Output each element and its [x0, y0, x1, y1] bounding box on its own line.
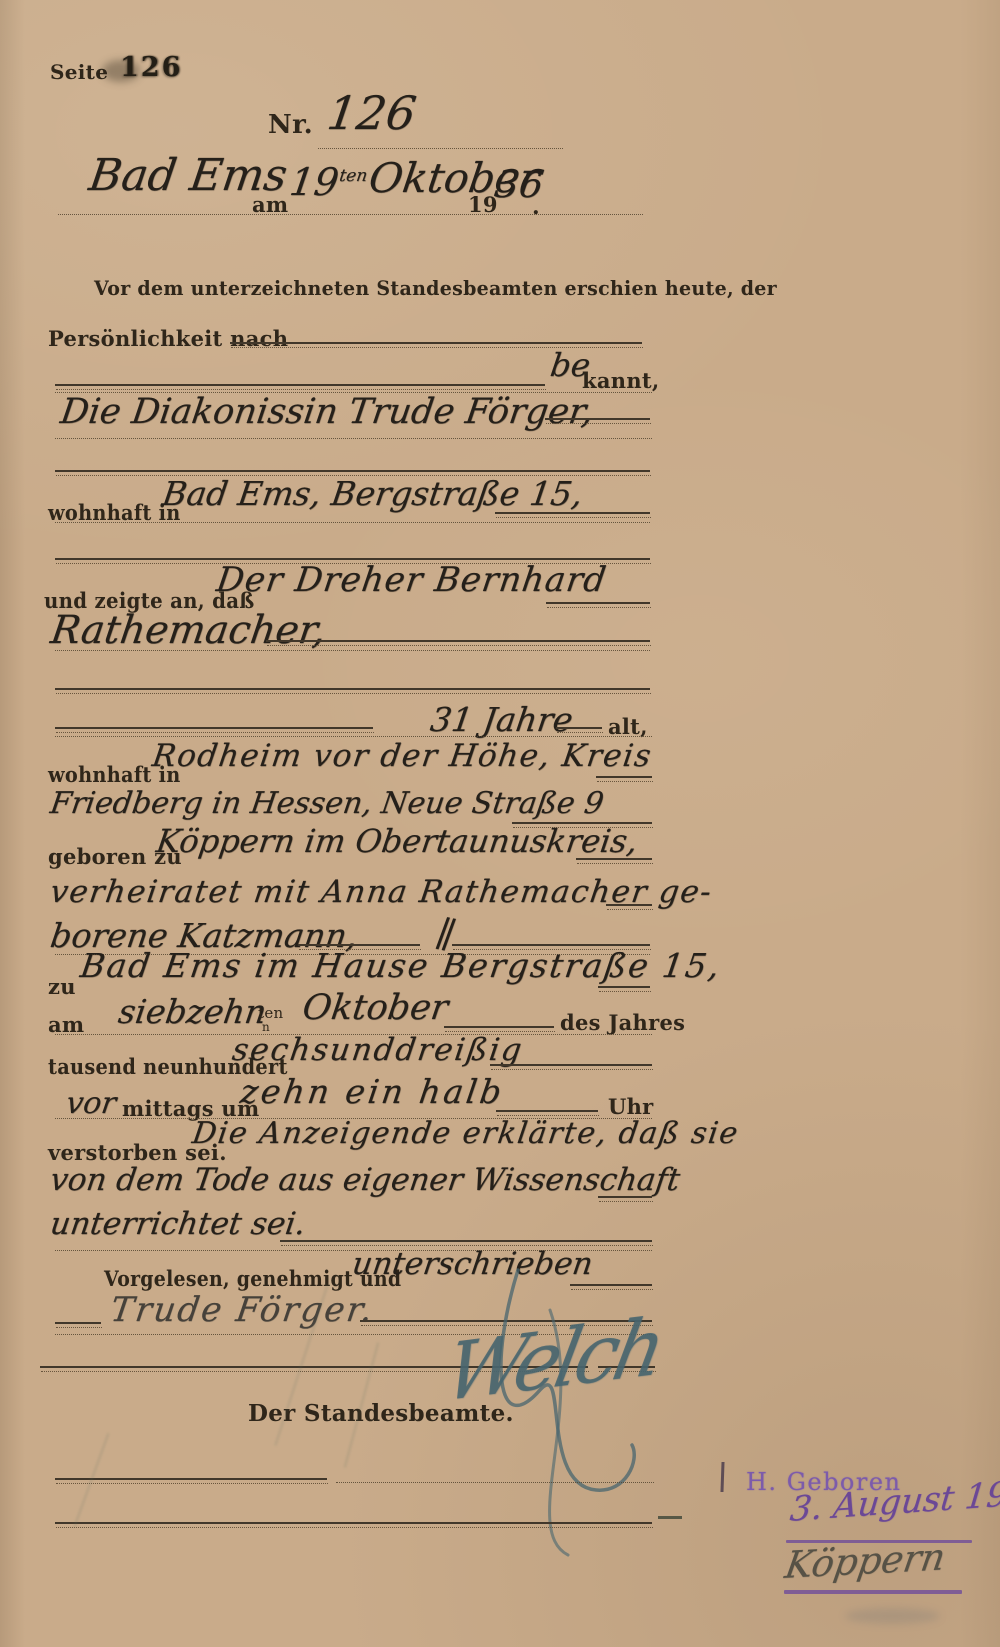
statement-line1: Die Anzeigende erklärte, daß sie [190, 1116, 741, 1151]
rule-line [598, 1196, 652, 1198]
dateline-day-suffix: ten [338, 166, 369, 186]
deceased-residence-line1: Rodheim vor der Höhe, Kreis [150, 738, 654, 774]
daytime-written: vor [64, 1086, 118, 1121]
rule-line [596, 776, 652, 778]
rule-line [55, 470, 650, 472]
des-jahres-label: des Jahres [560, 1010, 685, 1035]
fill-line [336, 1482, 654, 1483]
death-year-written: sechsunddreißig [230, 1032, 526, 1068]
deceased-age: 31 Jahre [428, 700, 575, 739]
rule-line [55, 384, 545, 386]
rule-line [55, 1522, 652, 1524]
statement-line2: von dem Tode aus eigener Wissenschaft [48, 1162, 682, 1198]
fill-line [318, 148, 563, 149]
declarant-residence: Bad Ems, Bergstraße 15, [160, 474, 585, 513]
rule-line [546, 602, 650, 604]
statement-line3: unterrichtet sei. [48, 1206, 308, 1242]
margin-birth-place: Köppern [782, 1535, 948, 1587]
rule-line [55, 1322, 101, 1324]
rule-line [280, 1240, 652, 1242]
rule-line [495, 512, 650, 514]
dateline-day: 19 [287, 160, 342, 204]
deceased-line1: Der Dreher Bernhard [214, 560, 609, 600]
intro-line1: Vor dem unterzeichneten Standesbeamten e… [94, 276, 777, 300]
page-number-label: Seite [50, 60, 108, 84]
fill-line [58, 214, 643, 215]
death-day: siebzehn [116, 992, 269, 1031]
fill-line [55, 438, 652, 439]
deceased-line2: Rathemacher, [48, 608, 329, 653]
rule-line [490, 1064, 652, 1066]
margin-dash [658, 1516, 682, 1519]
death-time: zehn ein halb [238, 1072, 507, 1111]
rule-line [545, 418, 650, 420]
rule-line [266, 640, 650, 642]
fill-line [55, 650, 650, 651]
declarant-signature: Trude Förger. [108, 1290, 377, 1330]
dateline-period: . [532, 194, 540, 220]
rule-line [556, 727, 602, 729]
rule-line [496, 1110, 598, 1112]
death-month: Oktober [300, 988, 451, 1028]
rule-line [576, 858, 652, 860]
death-register-page: Seite 126 Nr. 126 Bad Ems am 19 ten Okto… [0, 0, 1000, 1647]
rule-line [55, 727, 373, 729]
page-number-stamp: 126 [120, 52, 182, 83]
known-printed: kannt, [582, 368, 660, 393]
birthplace: Köppern im Obertaunuskreis, [154, 822, 640, 860]
record-number-value: 126 [324, 86, 419, 140]
rule-line [606, 904, 652, 906]
death-place: Bad Ems im Hause Bergstraße 15, [78, 946, 724, 985]
bleedthrough-mark [845, 1608, 940, 1624]
record-number-label: Nr. [268, 110, 313, 140]
rule-line [55, 1478, 327, 1480]
rule-line [230, 342, 642, 344]
fill-line [55, 522, 650, 523]
declarant-name: Die Diakonissin Trude Förger, [58, 392, 596, 432]
pencil-mark [73, 1433, 110, 1528]
death-zu-label: zu [48, 974, 76, 999]
margin-tick [720, 1462, 724, 1492]
deceased-residence-line2: Friedberg in Hessen, Neue Straße 9 [48, 786, 606, 821]
fill-line [55, 736, 652, 737]
rule-line [55, 688, 650, 690]
rule-line [444, 1026, 554, 1028]
margin-underline [784, 1590, 962, 1594]
rule-line [598, 986, 650, 988]
